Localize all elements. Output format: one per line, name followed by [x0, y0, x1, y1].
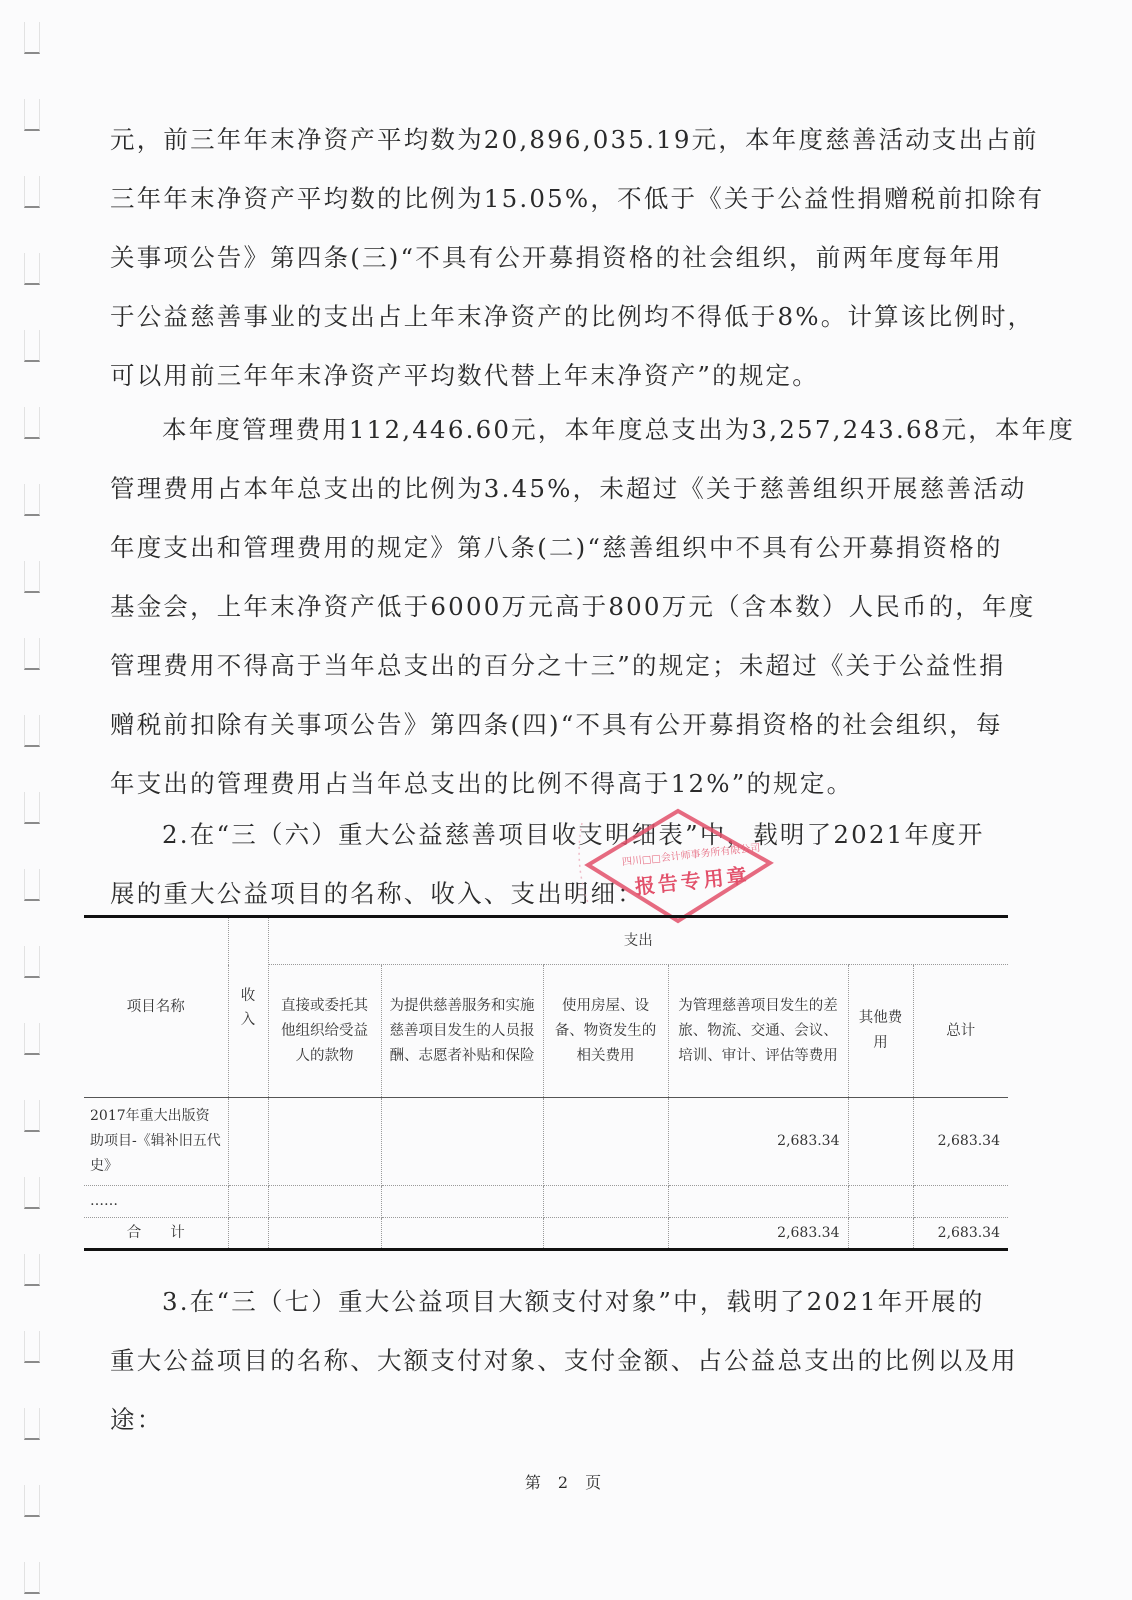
cell-management [668, 1186, 848, 1218]
binding-hole-mark [24, 22, 40, 54]
table-row: …… [84, 1186, 1008, 1218]
text-line: 年度支出和管理费用的规定》第八条(二)“慈善组织中不具有公开募捐资格的 [110, 518, 1075, 577]
binding-hole-mark [24, 792, 40, 824]
paragraph-project-detail-intro: 2.在“三（六）重大公益慈善项目收支明细表”中，载明了2021年度开 展的重大公… [110, 805, 985, 923]
text-line: 赠税前扣除有关事项公告》第四条(四)“不具有公开募捐资格的社会组织，每 [110, 695, 1075, 754]
cell-direct [268, 1098, 381, 1186]
header-expenditure-group: 支出 [268, 917, 1008, 965]
binding-hole-mark [24, 1562, 40, 1594]
binding-margin [24, 0, 44, 1600]
text-line: 本年度管理费用112,446.60元，本年度总支出为3,257,243.68元，… [110, 400, 1075, 459]
binding-hole-mark [24, 253, 40, 285]
binding-hole-mark [24, 715, 40, 747]
cell-management: 2,683.34 [668, 1218, 848, 1250]
cell-total: 2,683.34 [913, 1218, 1008, 1250]
binding-hole-mark [24, 1331, 40, 1363]
paragraph-charity-expense-ratio: 元，前三年年末净资产平均数为20,896,035.19元，本年度慈善活动支出占前… [110, 110, 1044, 405]
cell-income [228, 1186, 268, 1218]
cell-other [848, 1186, 913, 1218]
header-total: 总计 [913, 965, 1008, 1098]
paragraph-management-expense-ratio: 本年度管理费用112,446.60元，本年度总支出为3,257,243.68元，… [110, 400, 1075, 813]
text-line: 元，前三年年末净资产平均数为20,896,035.19元，本年度慈善活动支出占前 [110, 110, 1044, 169]
cell-personnel [381, 1218, 543, 1250]
cell-facilities [543, 1098, 668, 1186]
binding-hole-mark [24, 561, 40, 593]
binding-hole-mark [24, 638, 40, 670]
binding-hole-mark [24, 99, 40, 131]
cell-total [913, 1186, 1008, 1218]
binding-hole-mark [24, 176, 40, 208]
binding-hole-mark [24, 1100, 40, 1132]
cell-total: 2,683.34 [913, 1098, 1008, 1186]
cell-project-name: …… [84, 1186, 228, 1218]
header-direct-donations: 直接或委托其他组织给受益人的款物 [268, 965, 381, 1098]
text-line: 基金会，上年末净资产低于6000万元高于800万元（含本数）人民币的，年度 [110, 577, 1075, 636]
binding-hole-mark [24, 1177, 40, 1209]
cell-other [848, 1218, 913, 1250]
paragraph-large-payment-intro: 3.在“三（七）重大公益项目大额支付对象”中，载明了2021年开展的 重大公益项… [110, 1272, 1018, 1449]
page-number: 第 2 页 [0, 1470, 1132, 1493]
header-management-costs: 为管理慈善项目发生的差旅、物流、交通、会议、培训、审计、评估等费用 [668, 965, 848, 1098]
cell-direct [268, 1186, 381, 1218]
table-summary-row: 合 计 2,683.34 2,683.34 [84, 1218, 1008, 1250]
text-line: 可以用前三年年末净资产平均数代替上年末净资产”的规定。 [110, 346, 1044, 405]
binding-hole-mark [24, 946, 40, 978]
text-line: 于公益慈善事业的支出占上年末净资产的比例均不得低于8%。计算该比例时， [110, 287, 1044, 346]
header-income: 收入 [228, 917, 268, 1098]
major-project-income-expenditure-table: 项目名称 收入 支出 直接或委托其他组织给受益人的款物 为提供慈善服务和实施慈善… [84, 915, 1008, 1251]
header-personnel-costs: 为提供慈善服务和实施慈善项目发生的人员报酬、志愿者补贴和保险 [381, 965, 543, 1098]
header-other-costs: 其他费用 [848, 965, 913, 1098]
cell-personnel [381, 1098, 543, 1186]
binding-hole-mark [24, 1408, 40, 1440]
cell-other [848, 1098, 913, 1186]
cell-management: 2,683.34 [668, 1098, 848, 1186]
header-facility-costs: 使用房屋、设备、物资发生的相关费用 [543, 965, 668, 1098]
text-line: 重大公益项目的名称、大额支付对象、支付金额、占公益总支出的比例以及用 [110, 1331, 1018, 1390]
binding-hole-mark [24, 869, 40, 901]
binding-hole-mark [24, 1254, 40, 1286]
header-project-name: 项目名称 [84, 917, 228, 1098]
cell-facilities [543, 1186, 668, 1218]
binding-hole-mark [24, 484, 40, 516]
text-line: 管理费用不得高于当年总支出的百分之十三”的规定；未超过《关于公益性捐 [110, 636, 1075, 695]
cell-summary-label: 合 计 [84, 1218, 228, 1250]
text-line: 管理费用占本年总支出的比例为3.45%，未超过《关于慈善组织开展慈善活动 [110, 459, 1075, 518]
cell-facilities [543, 1218, 668, 1250]
cell-direct [268, 1218, 381, 1250]
binding-hole-mark [24, 407, 40, 439]
text-line: 关事项公告》第四条(三)“不具有公开募捐资格的社会组织，前两年度每年用 [110, 228, 1044, 287]
cell-income [228, 1218, 268, 1250]
table-row: 2017年重大出版资助项目-《辑补旧五代史》 2,683.34 2,683.34 [84, 1098, 1008, 1186]
binding-hole-mark [24, 330, 40, 362]
text-line: 2.在“三（六）重大公益慈善项目收支明细表”中，载明了2021年度开 [110, 805, 985, 864]
cell-personnel [381, 1186, 543, 1218]
text-line: 三年年末净资产平均数的比例为15.05%，不低于《关于公益性捐赠税前扣除有 [110, 169, 1044, 228]
cell-income [228, 1098, 268, 1186]
text-line: 途： [110, 1390, 1018, 1449]
cell-project-name: 2017年重大出版资助项目-《辑补旧五代史》 [84, 1098, 228, 1186]
binding-hole-mark [24, 1023, 40, 1055]
text-line: 3.在“三（七）重大公益项目大额支付对象”中，载明了2021年开展的 [110, 1272, 1018, 1331]
